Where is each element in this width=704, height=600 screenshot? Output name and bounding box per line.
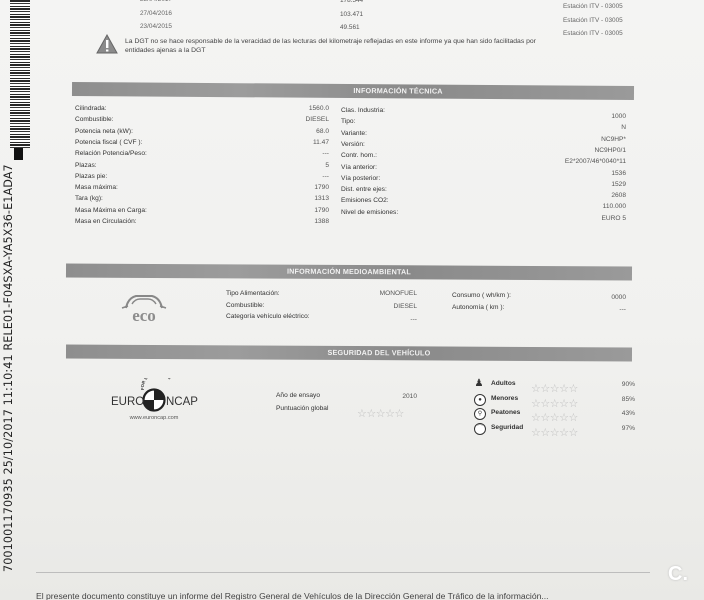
star-icon: ☆ — [569, 428, 578, 439]
disclaimer-line-1: La DGT no se hace responsable de la vera… — [125, 38, 536, 45]
tech-label: Masa en Circulación: — [75, 218, 137, 225]
tech-label: Vía anterior: — [341, 164, 377, 171]
tech-label: Emisiones CO2: — [341, 197, 389, 204]
tech-label: Variante: — [341, 130, 367, 137]
star-icon: ☆ — [395, 409, 404, 420]
env-value: --- — [580, 306, 626, 313]
section-header-environment: INFORMACIÓN MEDIOAMBIENTAL — [66, 264, 632, 281]
rating-percent: 97% — [600, 425, 635, 432]
tech-value: --- — [270, 173, 329, 180]
tech-value: 68.0 — [270, 128, 329, 135]
test-year-label: Año de ensayo — [276, 392, 320, 399]
tech-label: Vía posterior: — [341, 175, 380, 182]
history-date: 23/04/2017 — [140, 0, 172, 3]
tech-label: Contr. hom.: — [341, 152, 377, 159]
tech-value: NC9HP0/1 — [520, 147, 626, 154]
footer-text: El presente documento constituye un info… — [36, 591, 549, 600]
eco-logo: eco — [118, 290, 170, 324]
tech-label: Versión: — [341, 141, 365, 148]
tech-value: E2*2007/46*0040*11 — [520, 158, 626, 165]
env-value: 0000 — [580, 294, 626, 301]
tech-label: Plazas pie: — [75, 173, 107, 180]
tech-value: NC9HP* — [520, 136, 626, 143]
disclaimer-line-2: entidades ajenas a la DGT — [125, 47, 205, 54]
overall-star-rating: ☆☆☆☆☆ — [357, 404, 404, 422]
tech-value: 1790 — [270, 184, 329, 191]
star-icon: ☆ — [376, 409, 385, 420]
tech-label: Tipo: — [341, 118, 355, 125]
tech-label: Masa máxima: — [75, 184, 118, 191]
env-label: Combustible: — [226, 302, 264, 309]
star-icon: ☆ — [540, 428, 549, 439]
env-value: --- — [350, 316, 417, 323]
svg-text:EURO: EURO — [111, 396, 144, 408]
tech-value: 1529 — [520, 181, 626, 188]
history-date: 27/04/2016 — [140, 10, 172, 17]
star-icon: ☆ — [385, 409, 394, 420]
svg-text:www.euroncap.com: www.euroncap.com — [129, 415, 179, 421]
star-icon: ☆ — [550, 428, 559, 439]
env-value: DIESEL — [350, 303, 417, 310]
env-label: Categoría vehículo eléctrico: — [226, 313, 310, 320]
child-icon: ● — [474, 394, 486, 406]
svg-text:NCAP: NCAP — [166, 396, 198, 408]
section-title-safety: SEGURIDAD DEL VEHÍCULO — [328, 348, 431, 358]
pedestrian-icon: ⚲ — [474, 408, 486, 420]
tech-label: Relación Potencia/Peso: — [75, 150, 147, 157]
tech-value: 1388 — [270, 218, 329, 225]
document-verification-code: 7001001170935 25/10/2017 11:10:41 RELE01… — [2, 164, 15, 572]
star-icon: ☆ — [366, 409, 375, 420]
rating-percent: 85% — [600, 396, 635, 403]
rating-label: Menores — [491, 395, 518, 402]
env-label: Tipo Alimentación: — [226, 290, 280, 297]
barcode-block — [14, 148, 23, 160]
history-km: 103.471 — [340, 11, 363, 18]
rating-percent: 43% — [600, 410, 635, 417]
env-label: Consumo ( wh/km ): — [452, 292, 511, 299]
tech-value: 1536 — [520, 170, 626, 177]
tech-value: 2608 — [520, 192, 626, 199]
tech-value: 5 — [270, 162, 329, 169]
tech-label: Plazas: — [75, 162, 97, 169]
env-value: MONOFUEL — [350, 290, 417, 297]
tech-label: Potencia neta (kW): — [75, 128, 133, 135]
tech-value: --- — [270, 150, 329, 157]
tech-label: Tara (kg): — [75, 195, 103, 202]
history-km: 49.561 — [340, 24, 360, 31]
barcode — [10, 0, 30, 148]
rating-stars: ☆☆☆☆☆ — [531, 423, 578, 441]
euro-ncap-logo: EURO NCAP FOR SAFER CARS www.euroncap.co… — [108, 378, 204, 424]
tech-value: 1313 — [270, 195, 329, 202]
rating-label: Peatones — [491, 409, 520, 416]
star-icon: ☆ — [357, 409, 366, 420]
tech-label: Potencia fiscal ( CVF ): — [75, 139, 142, 146]
rating-label: Seguridad — [491, 424, 523, 431]
tech-value: N — [520, 124, 626, 131]
rating-percent: 90% — [600, 381, 635, 388]
tech-value: 1000 — [520, 113, 626, 120]
env-label: Autonomía ( km ): — [452, 304, 504, 311]
tech-label: Masa Máxima en Carga: — [75, 207, 147, 214]
history-station: Estación ITV - 03005 — [563, 17, 623, 24]
tech-value: 1560.0 — [270, 105, 329, 112]
overall-score-label: Puntuación global — [276, 405, 328, 412]
tech-label: Combustible: — [75, 116, 113, 123]
svg-text:FOR SAFER CARS: FOR SAFER CARS — [140, 378, 173, 390]
footer-divider — [36, 572, 650, 573]
tech-value: EURO 5 — [520, 215, 626, 222]
tech-label: Clas. Industria: — [341, 107, 385, 114]
tech-value: 1790 — [270, 207, 329, 214]
tech-label: Cilindrada: — [75, 105, 107, 112]
history-km: 178.544 — [340, 0, 363, 4]
history-station: Estación ITV - 03005 — [563, 30, 623, 37]
warning-icon — [96, 34, 118, 54]
watermark-letter: C. — [668, 563, 688, 586]
tech-label: Nivel de emisiones: — [341, 209, 398, 216]
history-station: Estación ITV - 03005 — [563, 3, 623, 10]
tech-value: 110.000 — [520, 203, 626, 210]
section-header-technical: INFORMACIÓN TÉCNICA — [72, 82, 634, 100]
adult-icon: ♟ — [474, 379, 484, 389]
svg-text:eco: eco — [132, 306, 156, 324]
tech-label: Dist. entre ejes: — [341, 186, 387, 193]
tech-value: DIESEL — [270, 116, 329, 123]
test-year-value: 2010 — [380, 393, 417, 400]
history-date: 23/04/2015 — [140, 23, 172, 30]
tech-value: 11.47 — [270, 139, 329, 146]
section-title-technical: INFORMACIÓN TÉCNICA — [353, 86, 442, 96]
safety-assist-icon: ⌒ — [474, 423, 486, 435]
section-header-safety: SEGURIDAD DEL VEHÍCULO — [66, 345, 632, 362]
star-icon: ☆ — [559, 428, 568, 439]
rating-label: Adultos — [491, 380, 516, 387]
section-title-environment: INFORMACIÓN MEDIOAMBIENTAL — [287, 267, 411, 277]
star-icon: ☆ — [531, 428, 540, 439]
